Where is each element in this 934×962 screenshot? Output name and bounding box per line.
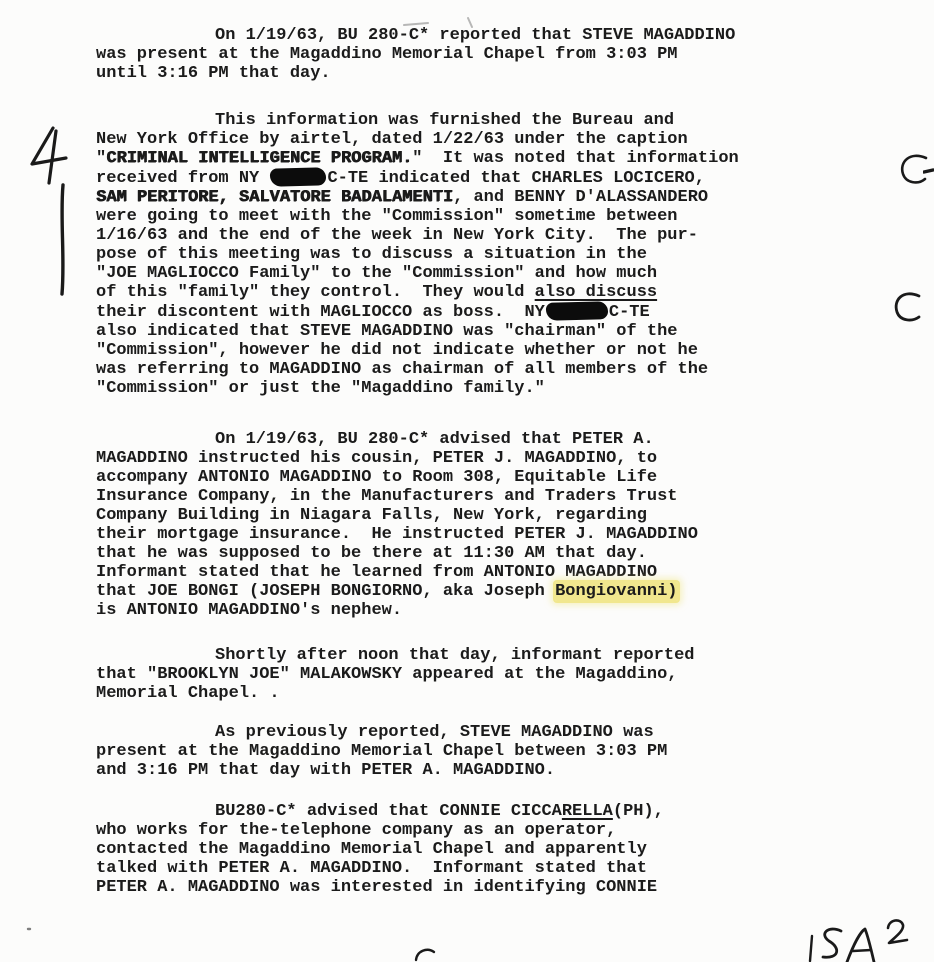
text-segment: also indicated that STEVE MAGADDINO was …	[96, 322, 678, 341]
handwritten-c-annotation-2	[890, 287, 926, 329]
text-segment: "	[96, 149, 106, 168]
text-segment: and 3:16 PM that day with PETER A. MAGAD…	[96, 761, 555, 780]
text-segment: that "BROOKLYN JOE" MALAKOWSKY appeared …	[96, 665, 678, 684]
redaction-mark	[546, 301, 608, 321]
text-line: As previously reported, STEVE MAGADDINO …	[96, 723, 739, 742]
text-segment: their mortgage insurance. He instructed …	[96, 525, 698, 544]
text-segment: "Commission", however he did not indicat…	[96, 341, 698, 360]
text-line: Company Building in Niagara Falls, New Y…	[96, 506, 739, 525]
text-segment: PETER A. MAGADDINO was interested in ide…	[96, 878, 657, 897]
text-segment: were going to meet with the "Commission"…	[96, 207, 678, 226]
text-line: talked with PETER A. MAGADDINO. Informan…	[96, 859, 739, 878]
text-line: pose of this meeting was to discuss a si…	[96, 245, 739, 264]
text-line: contacted the Magaddino Memorial Chapel …	[96, 840, 739, 859]
text-segment: MAGADDINO instructed his cousin, PETER J…	[96, 449, 657, 468]
text-line: was present at the Magaddino Memorial Ch…	[96, 45, 739, 64]
text-line: of this "family" they control. They woul…	[96, 283, 739, 302]
document-body: On 1/19/63, BU 280-C* reported that STEV…	[96, 26, 739, 897]
text-segment: who works for the-telephone company as a…	[96, 821, 616, 840]
text-segment: Informant stated that he learned from AN…	[96, 563, 657, 582]
text-line: This information was furnished the Burea…	[96, 111, 739, 130]
handwritten-4-annotation	[22, 124, 72, 186]
text-segment: also discuss	[535, 283, 657, 302]
text-line: present at the Magaddino Memorial Chapel…	[96, 742, 739, 761]
text-line: Informant stated that he learned from AN…	[96, 563, 739, 582]
text-segment: Memorial Chapel. .	[96, 684, 280, 703]
text-line: "JOE MAGLIOCCO Family" to the "Commissio…	[96, 264, 739, 283]
text-segment: 1/16/63 and the end of the week in New Y…	[96, 226, 698, 245]
text-line: that "BROOKLYN JOE" MALAKOWSKY appeared …	[96, 665, 739, 684]
text-segment: "Commission" or just the "Magaddino fami…	[96, 379, 545, 398]
handwritten-vertical-stroke-annotation	[56, 183, 70, 297]
text-line: their mortgage insurance. He instructed …	[96, 525, 739, 544]
text-line: Memorial Chapel. .	[96, 684, 739, 703]
text-segment: Insurance Company, in the Manufacturers …	[96, 487, 678, 506]
paragraph: BU280-C* advised that CONNIE CICCARELLA(…	[96, 802, 739, 897]
text-line: and 3:16 PM that day with PETER A. MAGAD…	[96, 761, 739, 780]
text-line: Insurance Company, in the Manufacturers …	[96, 487, 739, 506]
text-segment: On 1/19/63, BU 280-C* advised that PETER…	[215, 430, 654, 449]
redaction-mark	[270, 167, 326, 186]
text-line: that JOE BONGI (JOSEPH BONGIORNO, aka Jo…	[96, 582, 739, 601]
text-segment: their discontent with MAGLIOCCO as boss.…	[96, 303, 545, 322]
text-segment: "JOE MAGLIOCCO Family" to the "Commissio…	[96, 264, 657, 283]
text-line: PETER A. MAGADDINO was interested in ide…	[96, 878, 739, 897]
text-segment: of this "family" they control. They woul…	[96, 283, 535, 302]
text-segment: contacted the Magaddino Memorial Chapel …	[96, 840, 647, 859]
text-segment: was referring to MAGADDINO as chairman o…	[96, 360, 708, 379]
text-line: received from NY C-TE indicated that CHA…	[96, 168, 739, 188]
text-line: Shortly after noon that day, informant r…	[96, 646, 739, 665]
handwritten-sa2-annotation	[804, 916, 916, 962]
text-segment: that he was supposed to be there at 11:3…	[96, 544, 647, 563]
text-segment: New York Office by airtel, dated 1/22/63…	[96, 130, 688, 149]
text-line: also indicated that STEVE MAGADDINO was …	[96, 322, 739, 341]
text-segment: until 3:16 PM that day.	[96, 64, 331, 83]
text-segment: Shortly after noon that day, informant r…	[215, 646, 694, 665]
text-segment: was present at the Magaddino Memorial Ch…	[96, 45, 678, 64]
highlighted-text: Bongiovanni)	[555, 582, 677, 601]
paragraph: This information was furnished the Burea…	[96, 111, 739, 398]
text-line: "CRIMINAL INTELLIGENCE PROGRAM." It was …	[96, 149, 739, 168]
text-line: "Commission" or just the "Magaddino fami…	[96, 379, 739, 398]
paragraph: Shortly after noon that day, informant r…	[96, 646, 739, 703]
text-line: were going to meet with the "Commission"…	[96, 207, 739, 226]
paragraph: On 1/19/63, BU 280-C* reported that STEV…	[96, 26, 739, 83]
text-segment: C-TE indicated that CHARLES LOCICERO,	[327, 169, 704, 188]
text-line: their discontent with MAGLIOCCO as boss.…	[96, 302, 739, 322]
text-line: On 1/19/63, BU 280-C* advised that PETER…	[96, 430, 739, 449]
text-line: is ANTONIO MAGADDINO's nephew.	[96, 601, 739, 620]
text-segment: is ANTONIO MAGADDINO's nephew.	[96, 601, 402, 620]
text-line: was referring to MAGADDINO as chairman o…	[96, 360, 739, 379]
document-page: On 1/19/63, BU 280-C* reported that STEV…	[0, 0, 934, 962]
text-segment: CRIMINAL INTELLIGENCE PROGRAM.	[106, 149, 412, 168]
text-segment: pose of this meeting was to discuss a si…	[96, 245, 647, 264]
text-segment: (PH),	[613, 802, 664, 821]
text-segment: BU280-C* advised that CONNIE CICCA	[215, 802, 562, 821]
text-segment: C-TE	[609, 303, 650, 322]
text-segment: , and BENNY D'ALASSANDERO	[453, 188, 708, 207]
scan-artifact-top-marks	[402, 16, 492, 30]
text-segment: accompany ANTONIO MAGADDINO to Room 308,…	[96, 468, 657, 487]
text-line: that he was supposed to be there at 11:3…	[96, 544, 739, 563]
partial-digit-mark	[412, 944, 440, 962]
text-line: BU280-C* advised that CONNIE CICCARELLA(…	[96, 802, 739, 821]
text-segment: Company Building in Niagara Falls, New Y…	[96, 506, 647, 525]
scan-artifact-bottom-left-dot	[26, 926, 32, 932]
text-line: until 3:16 PM that day.	[96, 64, 739, 83]
text-segment: This information was furnished the Burea…	[215, 111, 674, 130]
text-segment: As previously reported, STEVE MAGADDINO …	[215, 723, 654, 742]
text-segment: talked with PETER A. MAGADDINO. Informan…	[96, 859, 647, 878]
paragraph: On 1/19/63, BU 280-C* advised that PETER…	[96, 430, 739, 620]
text-line: "Commission", however he did not indicat…	[96, 341, 739, 360]
scan-artifact-right-edge	[923, 167, 934, 177]
text-segment: SAM PERITORE, SALVATORE BADALAMENTI	[96, 188, 453, 207]
text-line: 1/16/63 and the end of the week in New Y…	[96, 226, 739, 245]
text-segment: received from NY	[96, 169, 269, 188]
text-segment: that JOE BONGI (JOSEPH BONGIORNO, aka Jo…	[96, 582, 555, 601]
text-segment: " It was noted that information	[412, 149, 738, 168]
text-line: who works for the-telephone company as a…	[96, 821, 739, 840]
text-line: New York Office by airtel, dated 1/22/63…	[96, 130, 739, 149]
text-line: MAGADDINO instructed his cousin, PETER J…	[96, 449, 739, 468]
text-line: SAM PERITORE, SALVATORE BADALAMENTI, and…	[96, 188, 739, 207]
text-segment: present at the Magaddino Memorial Chapel…	[96, 742, 667, 761]
text-segment: RELLA	[562, 802, 613, 821]
text-line: accompany ANTONIO MAGADDINO to Room 308,…	[96, 468, 739, 487]
paragraph: As previously reported, STEVE MAGADDINO …	[96, 723, 739, 780]
